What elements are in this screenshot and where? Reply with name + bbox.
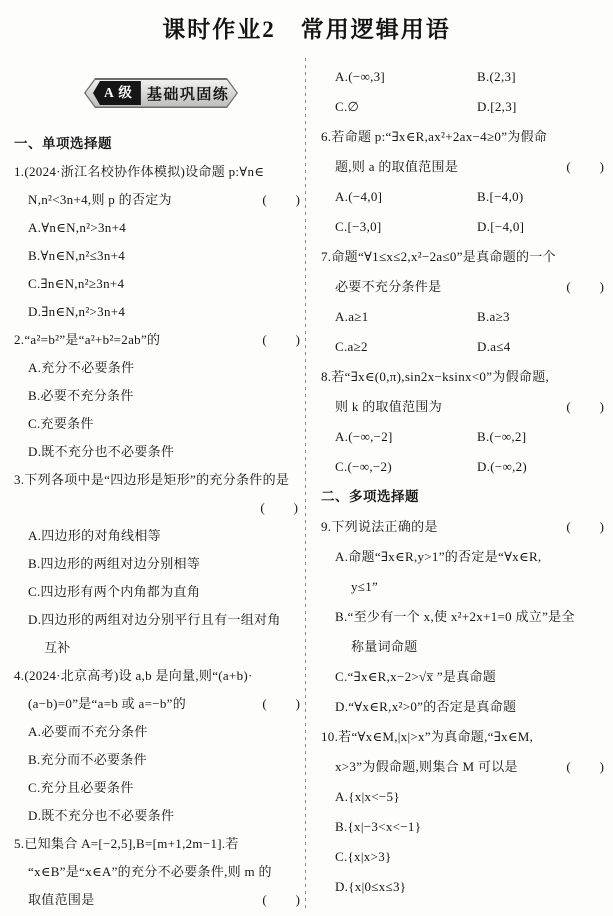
- q1-option-a: A.∀n∈N,n²>3n+4: [14, 214, 305, 242]
- q1-option-b: B.∀n∈N,n²≤3n+4: [14, 242, 305, 270]
- page-title: 课时作业2 常用逻辑用语: [0, 11, 613, 44]
- q8-stem-2-text: 则 k 的取值范围为: [335, 392, 442, 422]
- q10-option-a: A.{x|x<−5}: [321, 782, 609, 812]
- q5-options-row-2: C.∅ D.[2,3]: [321, 92, 609, 122]
- q1-answer-paren: ( ): [262, 186, 301, 214]
- q3-option-c: C.四边形有两个内角都为直角: [14, 578, 305, 606]
- q7-stem-2-text: 必要不充分条件是: [335, 272, 441, 302]
- q7-options-row-1: A.a≥1 B.a≥3: [321, 302, 609, 332]
- q5-options-row-1: A.(−∞,3] B.(2,3]: [321, 62, 609, 92]
- q7-stem-2: 必要不充分条件是 ( ): [321, 272, 609, 302]
- q3-option-b: B.四边形的两组对边分别相等: [14, 550, 305, 578]
- q5-option-a: A.(−∞,3]: [335, 62, 477, 92]
- q6-stem-2-text: 题,则 a 的取值范围是: [335, 152, 458, 182]
- q6-options-row-2: C.[−3,0] D.[−4,0]: [321, 212, 609, 242]
- q1-option-c: C.∃n∈N,n²≥3n+4: [14, 270, 305, 298]
- q8-stem-1: 8.若“∃x∈(0,π),sin2x−ksinx<0”为假命题,: [321, 362, 609, 392]
- worksheet-page: 课时作业2 常用逻辑用语 A 级 基础巩固练 一、单项选择题 1.(2024·浙…: [0, 0, 613, 916]
- q3-stem-1: 3.下列各项中是“四边形是矩形”的充分条件的是: [14, 466, 305, 494]
- q5-stem-1: 5.已知集合 A=[−2,5],B=[m+1,2m−1].若: [14, 830, 305, 858]
- q6-stem-2: 题,则 a 的取值范围是 ( ): [321, 152, 609, 182]
- q8-options-row-1: A.(−∞,−2] B.(−∞,2]: [321, 422, 609, 452]
- question-8: 8.若“∃x∈(0,π),sin2x−ksinx<0”为假命题, 则 k 的取值…: [321, 362, 609, 482]
- q4-option-c: C.充分且必要条件: [14, 774, 305, 802]
- question-2: 2.“a²=b²”是“a²+b²=2ab”的 ( ) A.充分不必要条件 B.必…: [14, 326, 305, 466]
- q7-stem-1: 7.命题“∀1≤x≤2,x²−2a≤0”是真命题的一个: [321, 242, 609, 272]
- q2-option-a: A.充分不必要条件: [14, 354, 305, 382]
- q9-stem-1-text: 9.下列说法正确的是: [321, 512, 438, 542]
- q10-stem-1: 10.若“∀x∈M,|x|>x”为真命题,“∃x∈M,: [321, 722, 609, 752]
- q5-option-c: C.∅: [335, 92, 477, 122]
- q5-stem-3: 取值范围是 ( ): [14, 886, 305, 914]
- question-5-options: A.(−∞,3] B.(2,3] C.∅ D.[2,3]: [321, 62, 609, 122]
- q5-stem-3-text: 取值范围是: [28, 886, 95, 914]
- q10-stem-2-text: x>3”为假命题,则集合 M 可以是: [335, 752, 518, 782]
- column-divider: [305, 58, 306, 910]
- q2-stem-1: 2.“a²=b²”是“a²+b²=2ab”的 ( ): [14, 326, 305, 354]
- q5-option-d: D.[2,3]: [477, 92, 609, 122]
- question-6: 6.若命题 p:“∃x∈R,ax²+2ax−4≥0”为假命 题,则 a 的取值范…: [321, 122, 609, 242]
- q6-option-c: C.[−3,0]: [335, 212, 477, 242]
- question-10: 10.若“∀x∈M,|x|>x”为真命题,“∃x∈M, x>3”为假命题,则集合…: [321, 722, 609, 902]
- q5-answer-paren: ( ): [262, 886, 301, 914]
- q9-answer-paren: ( ): [566, 512, 605, 542]
- section-2-heading: 二、多项选择题: [321, 482, 609, 512]
- q7-option-b: B.a≥3: [477, 302, 609, 332]
- q1-stem-1: 1.(2024·浙江名校协作体模拟)设命题 p:∀n∈: [14, 158, 305, 186]
- q7-answer-paren: ( ): [566, 272, 605, 302]
- q8-option-b: B.(−∞,2]: [477, 422, 609, 452]
- q4-stem-2: (a−b)=0”是“a=b 或 a=−b”的 ( ): [14, 690, 305, 718]
- q8-option-d: D.(−∞,2): [477, 452, 609, 482]
- q9-option-d: D.“∀x∈R,x²>0”的否定是真命题: [321, 692, 609, 722]
- q4-option-a: A.必要而不充分条件: [14, 718, 305, 746]
- question-9: 9.下列说法正确的是 ( ) A.命题“∃x∈R,y>1”的否定是“∀x∈R, …: [321, 512, 609, 722]
- q6-option-a: A.(−4,0]: [335, 182, 477, 212]
- q4-option-b: B.充分而不必要条件: [14, 746, 305, 774]
- q5-option-b: B.(2,3]: [477, 62, 609, 92]
- badge-name: 基础巩固练: [147, 83, 230, 104]
- question-5: 5.已知集合 A=[−2,5],B=[m+1,2m−1].若 “x∈B”是“x∈…: [14, 830, 305, 914]
- q3-answer-paren: ( ): [14, 494, 305, 522]
- columns: A 级 基础巩固练 一、单项选择题 1.(2024·浙江名校协作体模拟)设命题 …: [0, 58, 613, 914]
- level-badge: A 级 基础巩固练: [84, 78, 238, 108]
- question-1: 1.(2024·浙江名校协作体模拟)设命题 p:∀n∈ N,n²<3n+4,则 …: [14, 158, 305, 326]
- q7-option-c: C.a≥2: [335, 332, 477, 362]
- q8-stem-2: 则 k 的取值范围为 ( ): [321, 392, 609, 422]
- q6-option-b: B.[−4,0): [477, 182, 609, 212]
- q6-answer-paren: ( ): [566, 152, 605, 182]
- q3-option-a: A.四边形的对角线相等: [14, 522, 305, 550]
- q9-option-b-1: B.“至少有一个 x,使 x²+2x+1=0 成立”是全: [321, 602, 609, 632]
- q4-stem-1: 4.(2024·北京高考)设 a,b 是向量,则“(a+b)·: [14, 662, 305, 690]
- q3-option-d-2: 互补: [14, 634, 305, 662]
- question-4: 4.(2024·北京高考)设 a,b 是向量,则“(a+b)· (a−b)=0”…: [14, 662, 305, 830]
- q4-answer-paren: ( ): [262, 690, 301, 718]
- q9-option-a-1: A.命题“∃x∈R,y>1”的否定是“∀x∈R,: [321, 542, 609, 572]
- q4-stem-2-text: (a−b)=0”是“a=b 或 a=−b”的: [28, 690, 186, 718]
- q6-option-d: D.[−4,0]: [477, 212, 609, 242]
- right-column: A.(−∞,3] B.(2,3] C.∅ D.[2,3] 6.若命题 p:“∃x…: [305, 58, 613, 914]
- q10-answer-paren: ( ): [566, 752, 605, 782]
- q10-option-d: D.{x|0≤x≤3}: [321, 872, 609, 902]
- q2-option-c: C.充要条件: [14, 410, 305, 438]
- q9-stem-1: 9.下列说法正确的是 ( ): [321, 512, 609, 542]
- left-column: A 级 基础巩固练 一、单项选择题 1.(2024·浙江名校协作体模拟)设命题 …: [0, 58, 305, 914]
- question-7: 7.命题“∀1≤x≤2,x²−2a≤0”是真命题的一个 必要不充分条件是 ( )…: [321, 242, 609, 362]
- q1-stem-2-text: N,n²<3n+4,则 p 的否定为: [28, 186, 172, 214]
- q7-option-a: A.a≥1: [335, 302, 477, 332]
- q2-option-d: D.既不充分也不必要条件: [14, 438, 305, 466]
- q8-options-row-2: C.(−∞,−2) D.(−∞,2): [321, 452, 609, 482]
- question-3: 3.下列各项中是“四边形是矩形”的充分条件的是 ( ) A.四边形的对角线相等 …: [14, 466, 305, 662]
- q8-option-c: C.(−∞,−2): [335, 452, 477, 482]
- q8-answer-paren: ( ): [566, 392, 605, 422]
- q7-options-row-2: C.a≥2 D.a≤4: [321, 332, 609, 362]
- q2-stem-1-text: 2.“a²=b²”是“a²+b²=2ab”的: [14, 326, 160, 354]
- q6-stem-1: 6.若命题 p:“∃x∈R,ax²+2ax−4≥0”为假命: [321, 122, 609, 152]
- q8-option-a: A.(−∞,−2]: [335, 422, 477, 452]
- q10-stem-2: x>3”为假命题,则集合 M 可以是 ( ): [321, 752, 609, 782]
- section-1-heading: 一、单项选择题: [14, 130, 305, 158]
- q5-stem-2: “x∈B”是“x∈A”的充分不必要条件,则 m 的: [14, 858, 305, 886]
- q10-option-c: C.{x|x>3}: [321, 842, 609, 872]
- q9-option-b-2: 称量词命题: [321, 632, 609, 662]
- q4-option-d: D.既不充分也不必要条件: [14, 802, 305, 830]
- q9-option-a-2: y≤1”: [321, 572, 609, 602]
- q9-option-c: C.“∃x∈R,x−2>√x̅ ”是真命题: [321, 662, 609, 692]
- badge-level: A 级: [93, 81, 141, 105]
- q1-option-d: D.∃n∈N,n²>3n+4: [14, 298, 305, 326]
- q2-answer-paren: ( ): [262, 326, 301, 354]
- q3-option-d-1: D.四边形的两组对边分别平行且有一组对角: [14, 606, 305, 634]
- q2-option-b: B.必要不充分条件: [14, 382, 305, 410]
- q1-stem-2: N,n²<3n+4,则 p 的否定为 ( ): [14, 186, 305, 214]
- q7-option-d: D.a≤4: [477, 332, 609, 362]
- q6-options-row-1: A.(−4,0] B.[−4,0): [321, 182, 609, 212]
- q10-option-b: B.{x|−3<x<−1}: [321, 812, 609, 842]
